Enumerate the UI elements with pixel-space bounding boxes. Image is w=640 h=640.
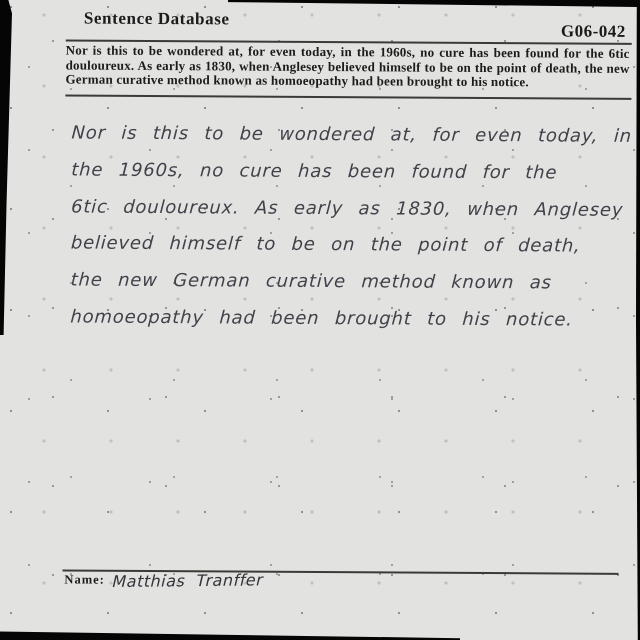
scanned-form: Sentence Database G06-042 Nor is this to… (0, 0, 640, 640)
handwriting-line: believed himself to be on the point of d… (69, 233, 625, 273)
prompt-text: Nor is this to be wondered at, for even … (65, 43, 629, 90)
handwriting-line: the new German curative method known as (69, 270, 625, 310)
handwriting-line: 6tic douloureux. As early as 1830, when … (70, 196, 626, 236)
form-content: Sentence Database G06-042 Nor is this to… (0, 0, 640, 640)
handwriting-line: the 1960s, no cure has been found for th… (70, 159, 626, 199)
handwriting-line: homoeopathy had been brought to his noti… (69, 306, 625, 346)
form-header: Sentence Database G06-042 (84, 9, 626, 42)
form-id: G06-042 (561, 21, 626, 41)
name-value: Matthias Tranffer (112, 570, 264, 591)
page-title: Sentence Database (84, 9, 230, 30)
name-label: Name: (64, 572, 104, 587)
handwriting-block: Nor is this to be wondered at, for even … (70, 122, 625, 346)
prompt-rule (65, 94, 631, 99)
paper: Sentence Database G06-042 Nor is this to… (0, 0, 640, 640)
handwriting-line: Nor is this to be wondered at, for even … (70, 122, 626, 162)
